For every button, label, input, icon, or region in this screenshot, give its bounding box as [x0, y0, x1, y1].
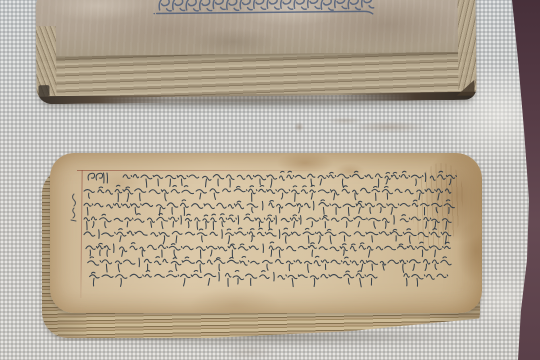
closed-manuscript-dark-corner-left [38, 85, 49, 96]
text-line-6 [86, 242, 450, 258]
folio-margin-note [67, 192, 81, 224]
table-edge-maroon-strip [506, 0, 540, 360]
text-line-4 [84, 214, 451, 230]
text-line-7 [88, 256, 451, 272]
folio-text-lines [80, 165, 472, 307]
open-manuscript-top-folio [50, 153, 482, 313]
text-line-2 [84, 185, 451, 201]
ornament-scrollwork-path [154, 0, 374, 16]
closed-manuscript-page-edges [36, 52, 476, 99]
closed-manuscript [35, 0, 476, 104]
text-line-3 [84, 200, 454, 216]
open-manuscript [38, 150, 490, 345]
text-line-1 [88, 171, 456, 187]
photo-of-tibetan-manuscripts [0, 0, 540, 360]
cover-ornament-blue-scrollwork [151, 0, 386, 17]
text-line-8 [90, 270, 448, 286]
closed-manuscript-right-page-edge [458, 0, 477, 90]
text-line-5 [84, 228, 451, 244]
